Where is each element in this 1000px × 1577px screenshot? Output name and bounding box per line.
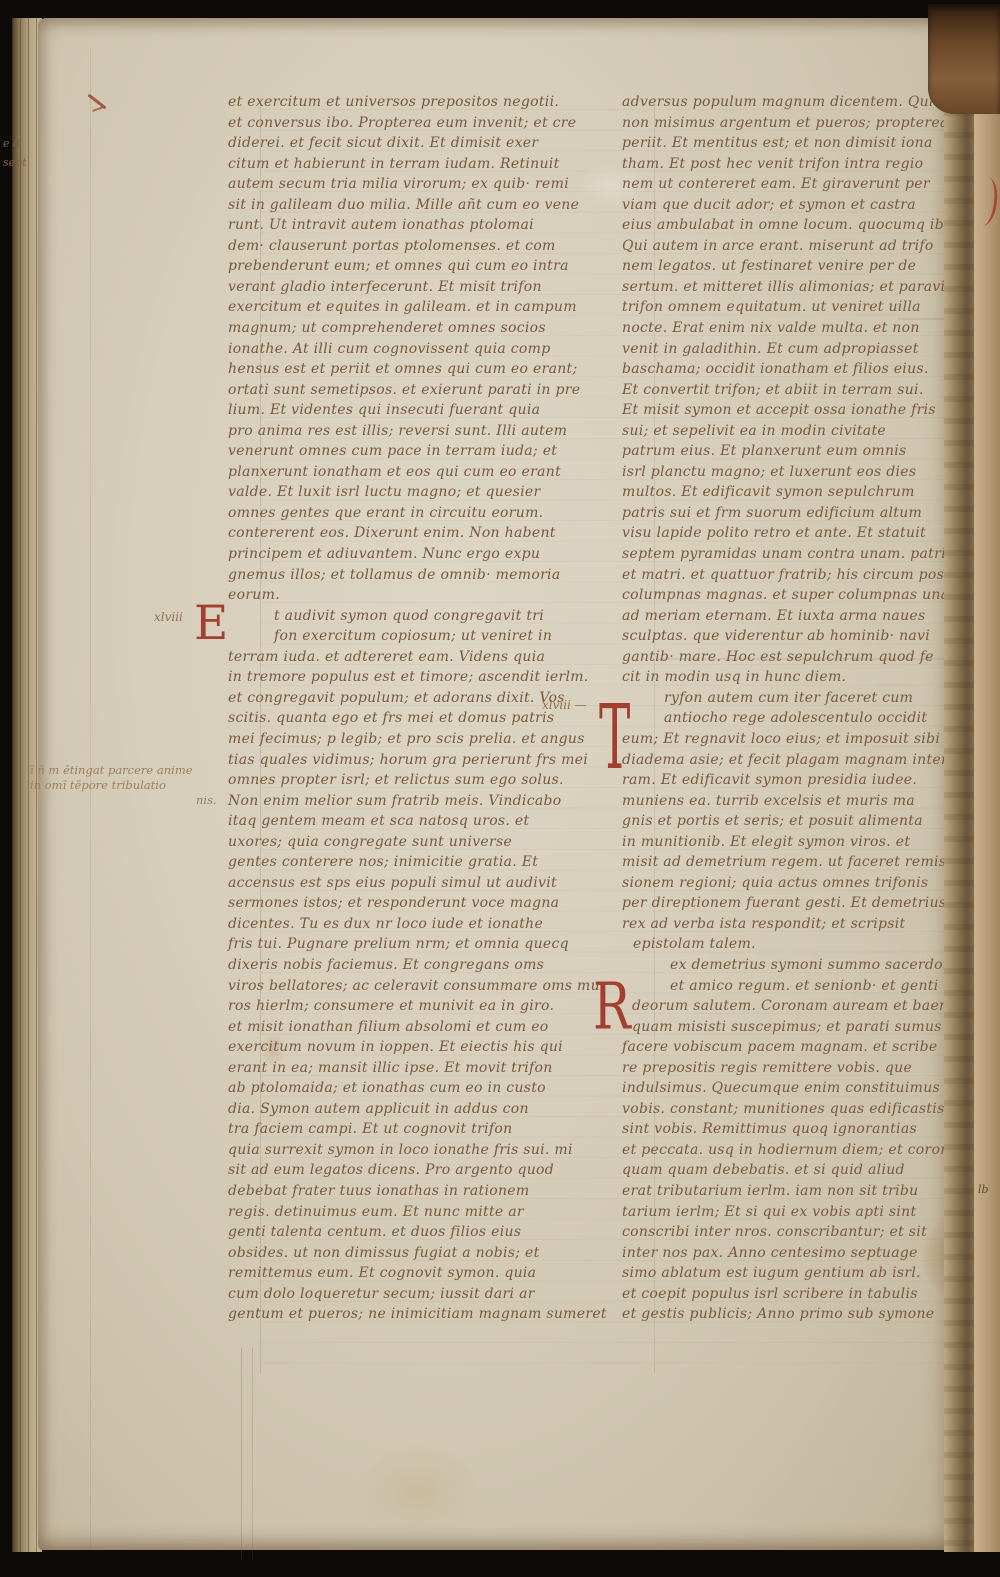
- manuscript-line: regis. detinuimus eum. Et nunc mitte ar: [228, 1202, 607, 1223]
- manuscript-line: ex demetrius symoni summo sacerdoti: [622, 955, 968, 976]
- manuscript-line: baschama; occidit ionatham et filios eiu…: [622, 359, 968, 380]
- manuscript-line: et amico regum. et senionb· et genti iu: [622, 976, 968, 997]
- chapter-number-left: xlviii: [154, 610, 183, 624]
- manuscript-line: t audivit symon quod congregavit tri: [228, 606, 607, 627]
- manuscript-line: itaq gentem meam et sca natosq uros. et: [228, 811, 607, 832]
- manuscript-line: lium. Et videntes qui insecuti fuerant q…: [228, 400, 607, 421]
- manuscript-line: dixeris nobis faciemus. Et congregans om…: [228, 955, 607, 976]
- edge-note-line: sept: [3, 153, 27, 172]
- manuscript-line: deorum salutem. Coronam auream et baen: [622, 996, 968, 1017]
- chapter-number-right: xlviii —: [542, 698, 587, 712]
- manuscript-line: gantib· mare. Hoc est sepulchrum quod fe: [622, 647, 968, 668]
- manuscript-line: citum et habierunt in terram iudam. Reti…: [228, 154, 607, 175]
- manuscript-line: Qui autem in arce erant. miserunt ad tri…: [622, 236, 968, 257]
- pen-stroke: [92, 106, 104, 112]
- manuscript-line: tham. Et post hec venit trifon intra reg…: [622, 154, 968, 175]
- manuscript-line: conscribi inter nros. conscribantur; et …: [622, 1222, 968, 1243]
- manuscript-line: sint vobis. Remittimus quoq ignorantias: [622, 1119, 968, 1140]
- manuscript-line: uxores; quia congregate sunt universe: [228, 832, 607, 853]
- manuscript-line: mei fecimus; p legib; et pro scis prelia…: [228, 729, 607, 750]
- manuscript-line: nem ut contereret eam. Et giraverunt per: [622, 174, 968, 195]
- manuscript-line: cum dolo loqueretur secum; iussit dari a…: [228, 1284, 607, 1305]
- manuscript-line: exercitum novum in ioppen. Et eiectis hi…: [228, 1037, 607, 1058]
- manuscript-line: in tremore populus est et timore; ascend…: [228, 667, 607, 688]
- manuscript-line: omnes propter isrl; et relictus sum ego …: [228, 770, 607, 791]
- manuscript-line: gnemus illos; et tollamus de omnib· memo…: [228, 565, 607, 586]
- manuscript-line: sui; et sepelivit ea in modin civitate: [622, 421, 968, 442]
- manuscript-line: remittemus eum. Et cognovit symon. quia: [228, 1263, 607, 1284]
- manuscript-line: eum; Et regnavit loco eius; et imposuit …: [622, 729, 968, 750]
- manuscript-line: ros hierlm; consumere et munivit ea in g…: [228, 996, 607, 1017]
- edge-note-line: e 8: [3, 134, 27, 153]
- manuscript-line: Et misit symon et accepit ossa ionathe f…: [622, 400, 968, 421]
- manuscript-line: verant gladio interfecerunt. Et misit tr…: [228, 277, 607, 298]
- rubric-initial-T: T: [599, 694, 630, 783]
- manuscript-line: eius ambulabat in omne locum. quocumq ib…: [622, 215, 968, 236]
- manuscript-line: isrl planctu magno; et luxerunt eos dies: [622, 462, 968, 483]
- manuscript-line: re prepositis regis remittere vobis. que: [622, 1058, 968, 1079]
- manuscript-line: principem et adiuvantem. Nunc ergo expu: [228, 544, 607, 565]
- manuscript-line: ram. Et edificavit symon presidia iudee.: [622, 770, 968, 791]
- manuscript-line: quam quam debebatis. et si quid aliud: [622, 1160, 968, 1181]
- margin-gloss-line: nis.: [196, 793, 217, 808]
- manuscript-line: ab ptolomaida; et ionathas cum eo in cus…: [228, 1078, 607, 1099]
- margin-gloss-line: in omī tēpore tribulatio: [30, 778, 217, 793]
- manuscript-line: facere vobiscum pacem magnam. et scribe: [622, 1037, 968, 1058]
- manuscript-photo: et exercitum et universos prepositos neg…: [0, 0, 1000, 1577]
- manuscript-line: trifon omnem equitatum. ut veniret uilla: [622, 297, 968, 318]
- manuscript-line: indulsimus. Quecumque enim constituimus: [622, 1078, 968, 1099]
- manuscript-line: Non enim melior sum fratrib meis. Vindic…: [228, 791, 607, 812]
- manuscript-line: dem· clauserunt portas ptolomenses. et c…: [228, 236, 607, 257]
- manuscript-line: et gestis publicis; Anno primo sub symon…: [622, 1304, 968, 1325]
- manuscript-line: fris tui. Pugnare prelium nrm; et omnia …: [228, 934, 607, 955]
- manuscript-line: runt. Ut intravit autem ionathas ptoloma…: [228, 215, 607, 236]
- leather-binding-corner: [928, 4, 1000, 114]
- manuscript-line: tarium ierlm; Et si qui ex vobis apti si…: [622, 1202, 968, 1223]
- manuscript-line: gentum et pueros; ne inimicitiam magnam …: [228, 1304, 607, 1325]
- manuscript-line: erat tributarium ierlm. iam non sit trib…: [622, 1181, 968, 1202]
- manuscript-line: autem secum tria milia virorum; ex quib·…: [228, 174, 607, 195]
- manuscript-line: hensus est et periit et omnes qui cum eo…: [228, 359, 607, 380]
- manuscript-line: quam misisti suscepimus; et parati sumus: [622, 1017, 968, 1038]
- manuscript-line: venerunt omnes cum pace in terram iuda; …: [228, 441, 607, 462]
- manuscript-line: terram iuda. et adtereret eam. Videns qu…: [228, 647, 607, 668]
- manuscript-line: simo ablatum est iugum gentium ab isrl.: [622, 1263, 968, 1284]
- gutter-streaks: [944, 110, 976, 1552]
- manuscript-line: ryfon autem cum iter faceret cum: [622, 688, 968, 709]
- manuscript-line: accensus est sps eius populi simul ut au…: [228, 873, 607, 894]
- manuscript-line: patrum eius. Et planxerunt eum omnis: [622, 441, 968, 462]
- manuscript-line: planxerunt ionatham et eos qui cum eo er…: [228, 462, 607, 483]
- manuscript-line: non misimus argentum et pueros; proptere…: [622, 113, 968, 134]
- manuscript-line: omnes gentes que erant in circuitu eorum…: [228, 503, 607, 524]
- manuscript-line: vobis. constant; munitiones quas edifica…: [622, 1099, 968, 1120]
- manuscript-line: quia surrexit symon in loco ionathe fris…: [228, 1140, 607, 1161]
- manuscript-line: et matri. et quattuor fratrib; his circu…: [622, 565, 968, 586]
- manuscript-line: debebat frater tuus ionathas in rationem: [228, 1181, 607, 1202]
- bottom-crease-line: [241, 1348, 242, 1560]
- manuscript-line: tias quales vidimus; horum gra perierunt…: [228, 750, 607, 771]
- manuscript-line: ionathe. At illi cum cognovissent quia c…: [228, 339, 607, 360]
- manuscript-line: septem pyramidas unam contra unam. patri: [622, 544, 968, 565]
- manuscript-line: ad meriam eternam. Et iuxta arma naues: [622, 606, 968, 627]
- manuscript-line: gnis et portis et seris; et posuit alime…: [622, 811, 968, 832]
- manuscript-line: venit in galadithin. Et cum adpropiasset: [622, 339, 968, 360]
- manuscript-line: inter nos pax. Anno centesimo septuage: [622, 1243, 968, 1264]
- manuscript-line: columpnas magnas. et super columpnas una: [622, 585, 968, 606]
- manuscript-line: ortati sunt semetipsos. et exierunt para…: [228, 380, 607, 401]
- folio-edge-mark: lb: [978, 1183, 989, 1196]
- manuscript-line: erant in ea; mansit illic ipse. Et movit…: [228, 1058, 607, 1079]
- manuscript-line: dia. Symon autem applicuit in addus con: [228, 1099, 607, 1120]
- manuscript-line: viros bellatores; ac celeravit consummar…: [228, 976, 607, 997]
- rubric-initial-E: E: [194, 600, 228, 647]
- manuscript-line: misit ad demetrium regem. ut faceret rem…: [622, 852, 968, 873]
- manuscript-line: sermones istos; et responderunt voce mag…: [228, 893, 607, 914]
- manuscript-line: fon exercitum copiosum; ut veniret in: [228, 626, 607, 647]
- manuscript-line: sculptas. que viderentur ab hominib· nav…: [622, 626, 968, 647]
- manuscript-line: periit. Et mentitus est; et non dimisit …: [622, 133, 968, 154]
- manuscript-line: obsides. ut non dimissus fugiat a nobis;…: [228, 1243, 607, 1264]
- manuscript-line: nem legatos. ut festinaret venire per de: [622, 256, 968, 277]
- manuscript-line: et conversus ibo. Propterea eum invenit;…: [228, 113, 607, 134]
- manuscript-line: et peccata. usq in hodiernum diem; et co…: [622, 1140, 968, 1161]
- manuscript-line: Et convertit trifon; et abiit in terram …: [622, 380, 968, 401]
- manuscript-line: dicentes. Tu es dux nr loco iude et iona…: [228, 914, 607, 935]
- next-folio-edge: [974, 110, 1000, 1552]
- manuscript-line: viam que ducit ador; et symon et castra: [622, 195, 968, 216]
- manuscript-line: et exercitum et universos prepositos neg…: [228, 92, 607, 113]
- manuscript-line: sionem regioni; quia actus omnes trifoni…: [622, 873, 968, 894]
- manuscript-line: antiocho rege adolescentulo occidit: [622, 708, 968, 729]
- manuscript-line: sit in galileam duo milia. Mille añt cum…: [228, 195, 607, 216]
- margin-gloss-note: ī ñ m ētingat parcere anime in omī tēpor…: [30, 763, 217, 808]
- manuscript-line: tra faciem campi. Et ut cognovit trifon: [228, 1119, 607, 1140]
- binding-gutter-shadow: [944, 110, 976, 1552]
- manuscript-line: sit ad eum legatos dicens. Pro argento q…: [228, 1160, 607, 1181]
- manuscript-line: prebenderunt eum; et omnes qui cum eo in…: [228, 256, 607, 277]
- manuscript-line: valde. Et luxit isrl luctu magno; et que…: [228, 482, 607, 503]
- manuscript-line: rex ad verba ista respondit; et scripsit: [622, 914, 968, 935]
- manuscript-line: diadema asie; et fecit plagam magnam int…: [622, 750, 968, 771]
- edge-margin-note: e 8 sept: [3, 134, 27, 172]
- manuscript-line: exercitum et equites in galileam. et in …: [228, 297, 607, 318]
- manuscript-line: magnum; ut comprehenderet omnes socios: [228, 318, 607, 339]
- manuscript-line: muniens ea. turrib excelsis et muris ma: [622, 791, 968, 812]
- manuscript-line: gentes conterere nos; inimicitie gratia.…: [228, 852, 607, 873]
- manuscript-line: adversus populum magnum dicentem. Quia: [622, 92, 968, 113]
- manuscript-line: cit in modin usq in hunc diem.: [622, 667, 968, 688]
- manuscript-line: pro anima res est illis; reversi sunt. I…: [228, 421, 607, 442]
- manuscript-line: per direptionem fuerant gesti. Et demetr…: [622, 893, 968, 914]
- manuscript-line: in munitionib. Et elegit symon viros. et: [622, 832, 968, 853]
- margin-gloss-line: ī ñ m ētingat parcere anime: [30, 763, 217, 778]
- manuscript-line: multos. Et edificavit symon sepulchrum: [622, 482, 968, 503]
- rubric-initial-R: R: [593, 974, 631, 1039]
- manuscript-line: contererent eos. Dixerunt enim. Non habe…: [228, 523, 607, 544]
- manuscript-line: visu lapide polito retro et ante. Et sta…: [622, 523, 968, 544]
- manuscript-line: genti talenta centum. et duos filios eiu…: [228, 1222, 607, 1243]
- manuscript-line: diderei. et fecit sicut dixit. Et dimisi…: [228, 133, 607, 154]
- parchment-stain: [333, 1426, 503, 1556]
- manuscript-line: et coepit populus isrl scribere in tabul…: [622, 1284, 968, 1305]
- manuscript-line: et misit ionathan filium absolomi et cum…: [228, 1017, 607, 1038]
- manuscript-line: eorum.: [228, 585, 607, 606]
- manuscript-line: patris sui et frm suorum edificium altum: [622, 503, 968, 524]
- manuscript-line: nocte. Erat enim nix valde multa. et non: [622, 318, 968, 339]
- red-pen-trial-mark: [84, 94, 112, 114]
- right-text-column: adversus populum magnum dicentem. Quiano…: [622, 92, 968, 1325]
- bottom-crease-line: [252, 1348, 253, 1560]
- manuscript-line: epistolam talem.: [622, 934, 968, 955]
- manuscript-line: sertum. et mitteret illis alimonias; et …: [622, 277, 968, 298]
